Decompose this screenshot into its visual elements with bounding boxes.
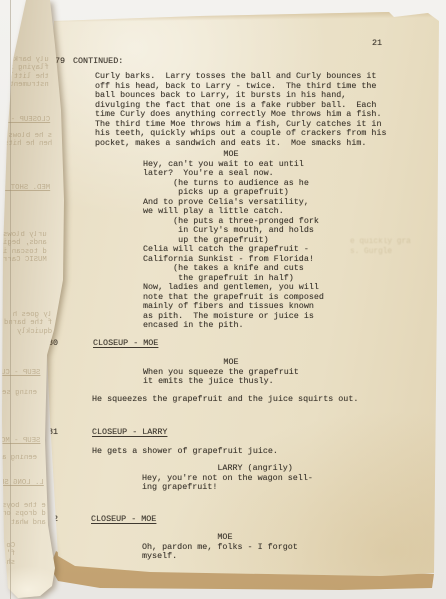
- page-edge-crease-line: [10, 0, 11, 599]
- bleed-text-fragment: ening se: [2, 389, 37, 397]
- bleed-text-fragment: ly goes h f the barnd dquickly: [4, 311, 52, 336]
- bleed-text-fragment: e the boys d drops on and what: [2, 502, 46, 527]
- curled-pages: uly barks flaying it the littl nstrument…: [0, 0, 446, 599]
- bleed-text-fragment: SEUP - MO: [1, 437, 40, 445]
- bleed-text-fragment: L. LONG SH: [0, 479, 44, 487]
- bleed-text-fragment: Co f' sha: [2, 542, 15, 567]
- screenshot-root: 21 79 CONTINUED: Curly barks. Larry toss…: [0, 0, 446, 599]
- bleed-text-fragment: uly barks flaying it the littl nstrument…: [5, 56, 49, 89]
- bleed-text-fragment: eening a: [2, 454, 37, 462]
- curled-pages-surface: uly barks flaying it the littl nstrument…: [0, 0, 446, 599]
- bleed-text-fragment: SEUP - CU: [1, 369, 40, 377]
- bleed-text-fragment: s he blows hen he hits: [4, 132, 52, 149]
